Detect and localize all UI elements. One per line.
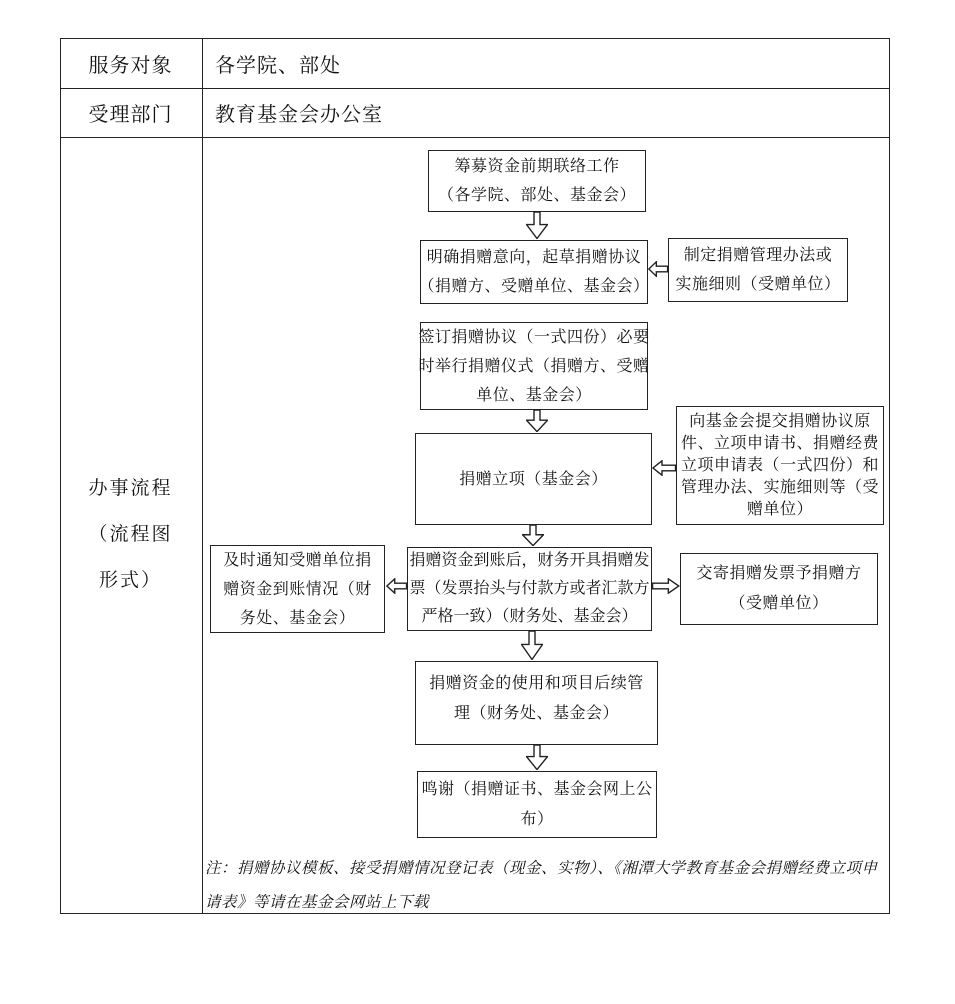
flow-box-fund-usage: 捐赠资金的使用和项目后续管 理（财务处、基金会） (415, 661, 658, 745)
table-column-divider (202, 39, 203, 913)
flow-text-line: 赠资金到账情况（财 (223, 575, 372, 604)
flow-text-line: 捐赠资金到账后，财务开具捐赠发 (409, 547, 649, 575)
document-page: 服务对象 各学院、部处 受理部门 教育基金会办公室 办事流程 （流程图 形式） … (0, 0, 955, 1004)
flow-box-notify-receipt: 及时通知受赠单位捐 赠资金到账情况（财 务处、基金会） (210, 545, 385, 633)
flow-text-line: 件、立项申请书、捐赠经费 (681, 433, 879, 455)
flow-text-line: 向基金会提交捐赠协议原 (689, 411, 871, 433)
flow-text-line: 务处、基金会） (240, 604, 356, 633)
flow-text-line: 理（财务处、基金会） (454, 699, 619, 729)
arrow-down-icon (521, 631, 543, 660)
flow-box-acknowledgement: 鸣谢（捐赠证书、基金会网上公 布） (417, 771, 657, 838)
flow-text-line: 捐赠资金的使用和项目后续管 (429, 669, 644, 699)
flow-box-submit-documents: 向基金会提交捐赠协议原 件、立项申请书、捐赠经费 立项申请表（一式四份）和 管理… (676, 406, 884, 525)
flow-box-mail-invoice: 交寄捐赠发票予捐赠方 （受赠单位） (680, 553, 878, 625)
service-target-value: 各学院、部处 (202, 39, 890, 87)
flow-text-line: （受赠单位） (729, 589, 828, 619)
flow-text-line: 捐赠立项（基金会） (459, 465, 608, 494)
flow-box-management-measures: 制定捐赠管理办法或 实施细则（受赠单位） (668, 238, 848, 302)
flow-box-preliminary-contact: 筹募资金前期联络工作 （各学院、部处、基金会） (428, 150, 646, 212)
arrow-down-icon (526, 212, 548, 239)
flow-text-line: 严格一致）（财务处、基金会） (421, 603, 637, 631)
flow-text-line: （捐赠方、受赠单位、基金会） (419, 272, 650, 301)
footnote-line: 请表》等请在基金会网站上下载 (205, 886, 887, 920)
flow-text-line: 时举行捐赠仪式（捐赠方、受赠 (419, 352, 650, 381)
flow-text-line: 明确捐赠意向，起草捐赠协议 (427, 243, 642, 272)
flow-text-line: 立项申请表（一式四份）和 (681, 455, 879, 477)
footnote: 注：捐赠协议模板、接受捐赠情况登记表（现金、实物）、《湘潭大学教育基金会捐赠经费… (205, 852, 887, 920)
process-flow-label-line: 形式） (99, 570, 162, 591)
arrow-right-icon (652, 578, 680, 594)
arrow-left-icon (652, 460, 676, 476)
table-row-divider-2 (61, 137, 889, 138)
flow-text-line: 鸣谢（捐赠证书、基金会网上公 (421, 775, 652, 805)
arrow-down-icon (526, 745, 548, 770)
flow-text-line: 制定捐赠管理办法或 (684, 241, 833, 270)
process-flow-label: 办事流程 （流程图 形式） (60, 466, 201, 604)
handling-department-value: 教育基金会办公室 (202, 88, 890, 136)
process-flow-label-line: 办事流程 (88, 478, 172, 499)
flow-box-project-approval: 捐赠立项（基金会） (415, 433, 652, 525)
flow-text-line: 赠单位） (747, 499, 813, 521)
flow-text-line: 交寄捐赠发票予捐赠方 (696, 559, 861, 589)
footnote-line: 注：捐赠协议模板、接受捐赠情况登记表（现金、实物）、《湘潭大学教育基金会捐赠经费… (205, 852, 887, 886)
flow-text-line: 实施细则（受赠单位） (675, 270, 840, 299)
flow-text-line: 单位、基金会） (476, 381, 592, 410)
flow-text-line: 签订捐赠协议（一式四份）必要 (419, 323, 650, 352)
flow-box-donation-intent: 明确捐赠意向，起草捐赠协议 （捐赠方、受赠单位、基金会） (420, 240, 648, 304)
arrow-left-icon (386, 578, 407, 594)
flow-text-line: 及时通知受赠单位捐 (223, 546, 372, 575)
flow-text-line: 布） (520, 805, 553, 835)
process-flow-label-line: （流程图 (88, 524, 172, 545)
flow-text-line: 票（发票抬头与付款方或者汇款方 (409, 575, 649, 603)
flow-text-line: （各学院、部处、基金会） (438, 181, 636, 210)
service-target-label: 服务对象 (60, 39, 201, 87)
flow-text-line: 管理办法、实施细则等（受 (681, 477, 879, 499)
arrow-down-icon (522, 525, 544, 546)
handling-department-label: 受理部门 (60, 88, 201, 136)
flow-box-issue-invoice: 捐赠资金到账后，财务开具捐赠发 票（发票抬头与付款方或者汇款方 严格一致）（财务… (407, 547, 652, 631)
arrow-down-icon (526, 410, 548, 432)
flow-box-sign-agreement: 签订捐赠协议（一式四份）必要 时举行捐赠仪式（捐赠方、受赠 单位、基金会） (420, 322, 648, 410)
arrow-left-icon (648, 261, 668, 277)
flow-text-line: 筹募资金前期联络工作 (454, 152, 619, 181)
